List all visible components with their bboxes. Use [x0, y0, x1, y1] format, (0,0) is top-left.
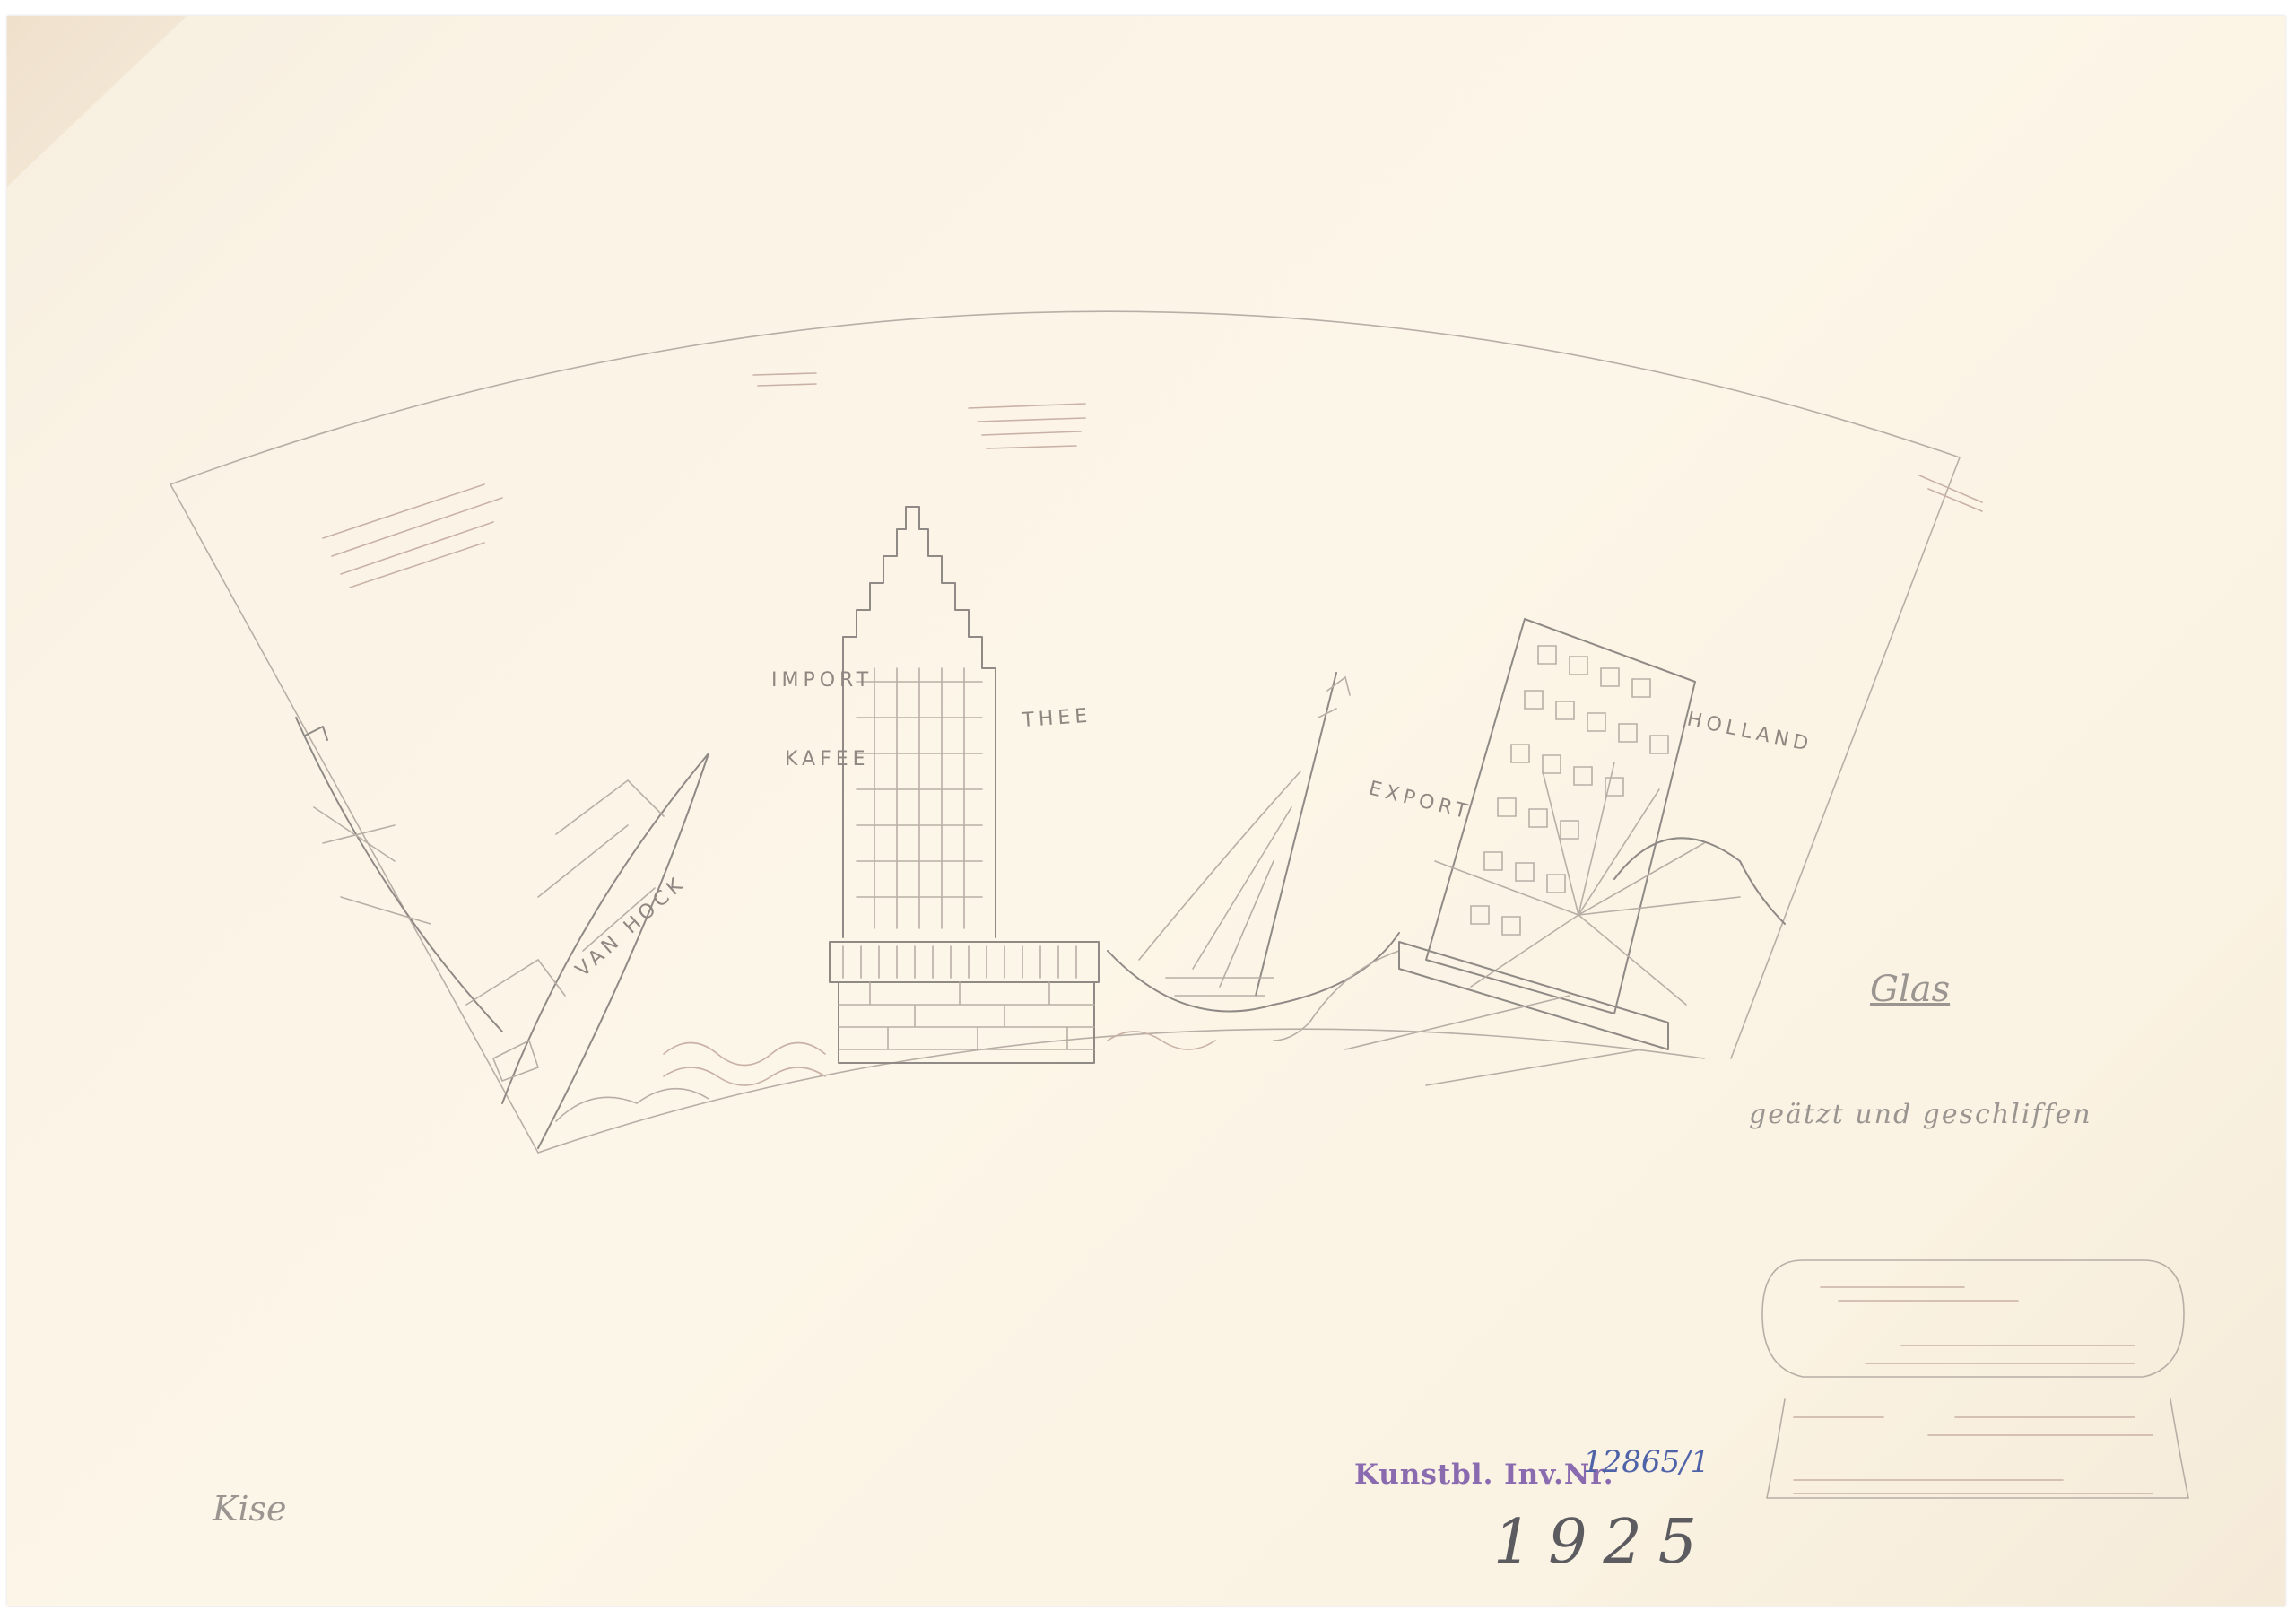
- thee-label: THEE: [1021, 705, 1092, 732]
- inventory-stamp: Kunstbl. Inv.Nr.: [1354, 1459, 1614, 1491]
- material-note: Glas: [1870, 969, 1950, 1010]
- import-label: IMPORT: [771, 669, 873, 692]
- holland-label: HOLLAND: [1685, 708, 1814, 756]
- ship-name-label: VAN HOCK: [571, 872, 691, 982]
- central-ship: [1108, 673, 1399, 1012]
- signature: Kise: [213, 1489, 287, 1528]
- right-building: EXPORT HOLLAND: [1274, 619, 1814, 1085]
- export-label: EXPORT: [1367, 778, 1474, 824]
- technique-note: geätzt und geschliffen: [1749, 1099, 2092, 1130]
- glass-sketch: [1762, 1260, 2188, 1498]
- waves: [664, 1032, 1215, 1085]
- central-tower: IMPORT KAFEE THEE: [771, 507, 1099, 1063]
- pencil-drawing: VAN HOCK IMPORT KAFEE THEE: [0, 0, 2296, 1611]
- tower-windows: [857, 668, 982, 928]
- inventory-number: 12865/1: [1583, 1444, 1709, 1480]
- year-annotation: 1925: [1493, 1507, 1713, 1578]
- building-windows: [1471, 646, 1668, 935]
- left-ship: VAN HOCK: [296, 718, 709, 1148]
- kafee-label: KAFEE: [785, 748, 870, 771]
- sky-hatching: [323, 373, 1982, 588]
